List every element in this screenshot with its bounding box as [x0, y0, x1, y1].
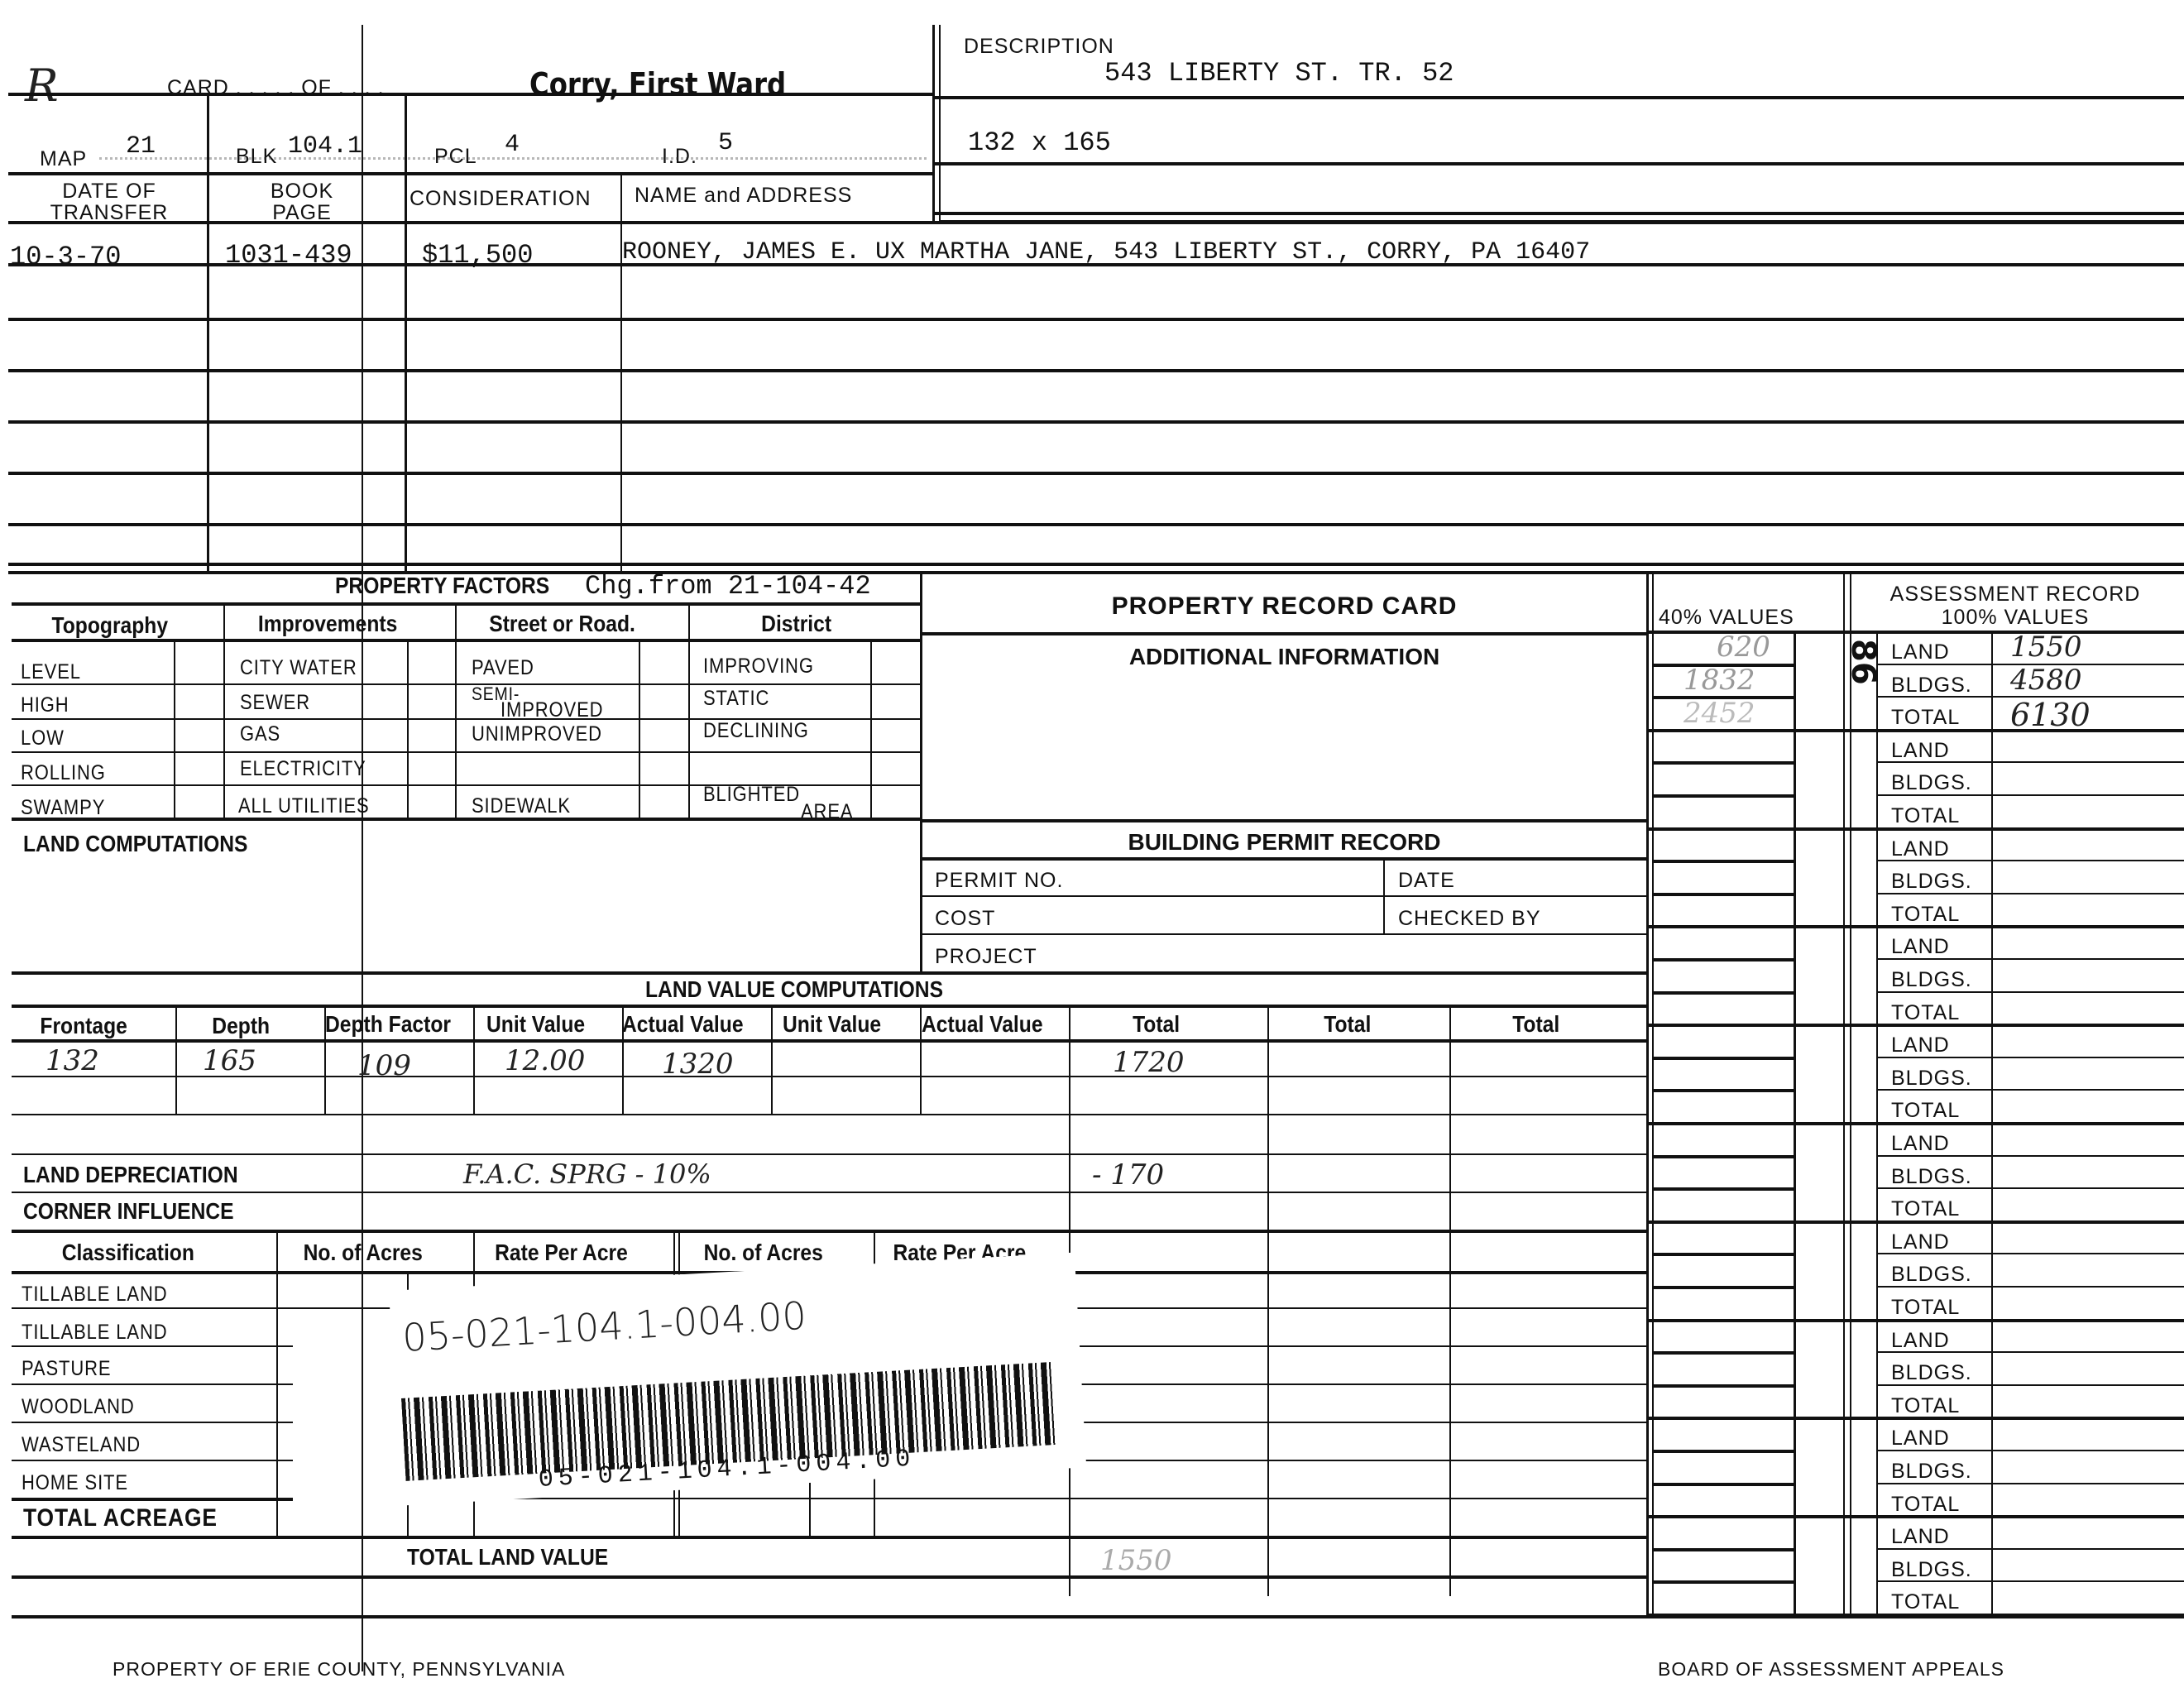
assessment-land-label: LAND [1891, 1132, 1950, 1156]
transfer-name-address: ROONEY, JAMES E. UX MARTHA JANE, 543 LIB… [622, 238, 1590, 266]
assessment-land-label: LAND [1891, 1329, 1950, 1353]
assessment-bldgs-value: 4580 [2010, 664, 2082, 697]
col-total-1: Total [1069, 1011, 1243, 1038]
fold-line [362, 25, 363, 1671]
col-divider [1850, 571, 1851, 1615]
transfer-row [8, 420, 2184, 424]
topography-rolling[interactable]: ROLLING [21, 761, 106, 785]
acreage-wasteland: WASTELAND [22, 1433, 141, 1457]
topography-swampy[interactable]: SWAMPY [21, 796, 105, 820]
assessment-bldgs-label: BLDGS. [1891, 1067, 1972, 1091]
assessment-row-rule [1876, 1450, 2184, 1451]
values-40-row-rule [1652, 1057, 1794, 1060]
values-40-row-rule [1652, 1483, 1794, 1486]
col-rate-per-acre: Rate Per Acre [473, 1240, 649, 1266]
acreage-tillable-land-2: TILLABLE LAND [22, 1321, 168, 1345]
values-40-row-rule [1652, 1417, 1794, 1420]
land-computations-title: LAND COMPUTATIONS [23, 831, 247, 857]
col-improvements: Improvements [225, 611, 430, 637]
assessment-bldgs-label: BLDGS. [1891, 1361, 1972, 1385]
col-divider [324, 1005, 326, 1114]
permit-project-label: PROJECT [935, 945, 1037, 969]
values-40-row-rule [1652, 729, 1794, 732]
col-total-3: Total [1449, 1011, 1622, 1038]
assessment-land-label: LAND [1891, 739, 1950, 763]
rule [12, 751, 922, 753]
assessment-row-rule [1876, 1483, 2184, 1484]
values-40-title: 40% VALUES [1659, 606, 1794, 630]
col-district: District [691, 611, 902, 637]
property-record-card-title: PROPERTY RECORD CARD [922, 592, 1646, 621]
rule [920, 632, 1648, 635]
improvement-gas[interactable]: GAS [240, 722, 280, 746]
rule [920, 819, 1648, 822]
col-divider [1267, 1005, 1269, 1596]
values-40-row-rule [1652, 1351, 1794, 1355]
permit-checked-by-label: CHECKED BY [1398, 907, 1541, 931]
rule [932, 162, 2184, 165]
corner-influence-label: CORNER INFLUENCE [23, 1198, 234, 1225]
transfer-row [8, 318, 2184, 321]
topography-high[interactable]: HIGH [21, 693, 69, 717]
rule [1646, 631, 2184, 634]
col-divider [920, 571, 922, 972]
values-40-row-rule [1652, 1122, 1794, 1125]
col-divider [1646, 571, 1649, 1615]
map-value: 21 [126, 132, 156, 161]
rule [1069, 1422, 1648, 1423]
col-divider [920, 1005, 922, 1114]
rule [12, 1307, 392, 1309]
assessment-total-label: TOTAL [1891, 1394, 1960, 1418]
col-consideration: CONSIDERATION [409, 187, 591, 211]
rule [1069, 1460, 1648, 1461]
assessment-bldgs-label: BLDGS. [1891, 968, 1972, 992]
col-no-of-acres-2: No. of Acres [677, 1240, 850, 1266]
transfer-bottom [8, 563, 2184, 566]
assessment-bldgs-label: BLDGS. [1891, 771, 1972, 795]
assessment-land-label: LAND [1891, 837, 1950, 861]
col-frontage: Frontage [12, 1013, 156, 1039]
transfer-row [8, 523, 2184, 526]
col-divider [622, 1005, 624, 1114]
description-box-left-inner [939, 25, 941, 223]
permit-date-label: DATE [1398, 869, 1455, 893]
assessment-row-rule [1876, 1351, 2184, 1353]
assessment-bldgs-label: BLDGS. [1891, 1165, 1972, 1189]
col-actual-value: Actual Value [622, 1011, 744, 1038]
description-label: DESCRIPTION [964, 35, 1114, 59]
additional-information-title: ADDITIONAL INFORMATION [922, 644, 1646, 670]
rule [12, 1005, 1648, 1008]
assessment-bldgs-label: BLDGS. [1891, 1460, 1972, 1484]
assessment-total-label: TOTAL [1891, 706, 1960, 730]
street-sidewalk[interactable]: SIDEWALK [472, 794, 571, 818]
assessment-bldgs-label: BLDGS. [1891, 1558, 1972, 1582]
values-40-row-rule [1652, 991, 1794, 995]
values-40-row-rule [1652, 860, 1794, 863]
rule [12, 1039, 1648, 1043]
assessment-land-label: LAND [1891, 1525, 1950, 1549]
assessment-total-label: TOTAL [1891, 1001, 1960, 1025]
assessment-row-rule [1876, 1286, 2184, 1288]
value-40-bldgs: 1832 [1683, 664, 1755, 697]
col-divider [639, 639, 640, 819]
rule [12, 639, 922, 642]
col-depth: Depth [175, 1013, 306, 1039]
col-total-2: Total [1267, 1011, 1428, 1038]
rule [12, 1536, 1648, 1539]
col-unit-value: Unit Value [486, 1011, 585, 1038]
rule [1069, 1307, 1648, 1309]
values-40-row-rule [1652, 1548, 1794, 1551]
col-divider [276, 1230, 278, 1536]
rule [12, 818, 922, 821]
col-divider [174, 639, 175, 819]
land-total-value: 1720 [1113, 1046, 1185, 1079]
values-40-row-rule [1652, 925, 1794, 928]
acreage-home-site: HOME SITE [22, 1471, 128, 1495]
assessment-total-label: TOTAL [1891, 1197, 1960, 1221]
col-street-road: Street or Road. [457, 611, 668, 637]
ward-title: Corry, First Ward [529, 66, 786, 103]
land-depreciation-total: - 170 [1092, 1158, 1164, 1192]
map-label: MAP [40, 147, 87, 171]
assessment-bldgs-label: BLDGS. [1891, 870, 1972, 894]
values-40-row-rule [1652, 827, 1794, 831]
assessment-total-label: TOTAL [1891, 1296, 1960, 1320]
assessment-bldgs-label: BLDGS. [1891, 674, 1972, 698]
assessment-total-label: TOTAL [1891, 804, 1960, 828]
col-divider [407, 639, 409, 819]
property-factors-note: Chg.from 21-104-42 [585, 571, 871, 602]
values-40-row-rule [1652, 1024, 1794, 1027]
depth-factor-value: 109 [357, 1049, 411, 1082]
rule [12, 1498, 293, 1501]
assessment-row-rule [1876, 1384, 2184, 1386]
values-40-row-rule [1652, 893, 1794, 896]
transfer-row [8, 472, 2184, 475]
col-divider [771, 1005, 773, 1114]
rule [8, 172, 935, 175]
rule [12, 1345, 293, 1347]
col-divider [870, 639, 872, 819]
col-divider [223, 602, 225, 819]
improvement-city-water[interactable]: CITY WATER [240, 656, 357, 680]
rule [920, 857, 1648, 861]
transfer-date: 10-3-70 [10, 242, 121, 272]
footer-left: PROPERTY OF ERIE COUNTY, PENNSYLVANIA [113, 1658, 565, 1681]
assessment-land-value: 1550 [2010, 631, 2082, 664]
values-40-row-rule [1652, 1580, 1794, 1584]
rule [1069, 1383, 1648, 1385]
topography-low[interactable]: LOW [21, 727, 65, 750]
assessment-row-rule [1876, 1580, 2184, 1582]
col-divider [207, 93, 209, 571]
values-40-row-rule [1652, 761, 1794, 765]
values-40-row-rule [1652, 1319, 1794, 1322]
values-40-row-rule [1652, 696, 1794, 699]
permit-cost-label: COST [935, 907, 995, 931]
assessment-row-rule [1876, 1548, 2184, 1550]
rule [12, 1383, 293, 1385]
rule [1069, 1345, 1648, 1347]
total-acreage-label: TOTAL ACREAGE [23, 1504, 218, 1532]
improvement-electricity[interactable]: ELECTRICITY [240, 757, 366, 781]
col-no-of-acres: No. of Acres [276, 1240, 449, 1266]
rule [505, 1498, 1648, 1499]
values-40-row-rule [1652, 1515, 1794, 1518]
rule [12, 683, 922, 685]
land-depreciation-label: LAND DEPRECIATION [23, 1162, 238, 1188]
assessment-title-line2: 100% VALUES [1942, 606, 2090, 629]
assessment-title: ASSESSMENT RECORD100% VALUES [1850, 583, 2181, 629]
building-permit-title: BUILDING PERMIT RECORD [922, 829, 1646, 856]
col-divider [1843, 571, 1845, 1615]
street-paved[interactable]: PAVED [472, 656, 534, 680]
col-divider [473, 1005, 475, 1114]
col-divider [405, 93, 407, 571]
col-divider [1652, 571, 1654, 1615]
total-land-value-amount: 1550 [1100, 1544, 1172, 1577]
col-depth-factor: Depth Factor [325, 1011, 451, 1038]
transfer-row [8, 369, 2184, 372]
values-40-row-rule [1652, 664, 1794, 667]
rule [8, 93, 935, 96]
district-declining[interactable]: DECLINING [703, 719, 809, 743]
values-40-row-rule [1652, 1384, 1794, 1388]
rule [12, 1230, 1648, 1233]
rule [12, 1575, 1648, 1579]
rule [12, 1422, 293, 1423]
assessment-total-label: TOTAL [1891, 1590, 1960, 1614]
assessment-land-label: LAND [1891, 935, 1950, 959]
rule [12, 1460, 293, 1461]
assessment-land-label: LAND [1891, 1033, 1950, 1057]
acreage-tillable-land-1: TILLABLE LAND [22, 1283, 168, 1307]
total-land-value-label: TOTAL LAND VALUE [407, 1544, 608, 1571]
assessment-row-rule [1876, 958, 2184, 960]
assessment-land-label: LAND [1891, 640, 1950, 664]
assessment-row-rule [1876, 1057, 2184, 1058]
values-40-row-rule [1652, 1253, 1794, 1256]
rule [12, 971, 1648, 975]
col-date-of-transfer: DATE OFTRANSFER [12, 180, 207, 223]
rule [12, 602, 922, 606]
col-name-address: NAME and ADDRESS [635, 184, 852, 208]
value-40-total: 2452 [1683, 697, 1755, 730]
description-box-left [932, 25, 935, 223]
col-topography: Topography [12, 612, 208, 639]
assessment-land-label: LAND [1891, 1427, 1950, 1451]
handwritten-mark: R [25, 60, 59, 112]
rule [12, 1192, 1648, 1193]
assessment-bldgs-label: BLDGS. [1891, 1263, 1972, 1287]
values-40-row-rule [1652, 1286, 1794, 1289]
col-divider [175, 1005, 177, 1114]
assessment-row-rule [1876, 761, 2184, 763]
id-value: 5 [718, 129, 733, 157]
rule [932, 96, 2184, 99]
values-40-row-rule [1652, 1089, 1794, 1092]
assessment-row-rule [1876, 893, 2184, 894]
col-date-line1: DATE OF [62, 180, 156, 203]
frontage-value: 132 [45, 1044, 99, 1077]
values-40-row-rule [1652, 1187, 1794, 1191]
col-classification: Classification [12, 1240, 245, 1266]
card-of-label: CARD . . . . . OF . . . . [167, 76, 385, 100]
values-40-row-rule [1652, 1220, 1794, 1224]
assessment-row-rule [1876, 1253, 2184, 1254]
assessment-total-value: 6130 [2010, 697, 2091, 733]
assessment-row-rule [1876, 991, 2184, 993]
assessment-total-label: TOTAL [1891, 1099, 1960, 1123]
district-blighted[interactable]: BLIGHTED [703, 783, 800, 807]
district-static[interactable]: STATIC [703, 687, 769, 711]
assessment-total-label: TOTAL [1891, 1493, 1960, 1517]
rule [12, 1153, 1648, 1155]
description-line1: 543 LIBERTY ST. TR. 52 [1104, 58, 1454, 89]
rule [12, 1114, 1648, 1115]
improvement-sewer[interactable]: SEWER [240, 691, 310, 715]
acreage-pasture: PASTURE [22, 1357, 111, 1381]
rule [8, 221, 2184, 224]
acreage-woodland: WOODLAND [22, 1395, 135, 1419]
footer-right: BOARD OF ASSESSMENT APPEALS [1658, 1658, 2004, 1681]
col-divider [455, 602, 457, 819]
property-factors-title: PROPERTY FACTORS [335, 573, 549, 599]
assessment-land-label: LAND [1891, 1230, 1950, 1254]
assessment-row-rule [1876, 1155, 2184, 1157]
dotted-leader [99, 157, 927, 160]
value-40-land: 620 [1717, 631, 1770, 664]
depth-value: 165 [203, 1044, 256, 1077]
district-improving[interactable]: IMPROVING [703, 655, 814, 679]
assessment-title-line1: ASSESSMENT RECORD [1890, 583, 2141, 606]
col-divider [1449, 1005, 1451, 1596]
assessment-row-rule [1876, 1187, 2184, 1189]
improvement-all-utilities[interactable]: ALL UTILITIES [238, 794, 370, 818]
land-value-computations-title: LAND VALUE COMPUTATIONS [645, 976, 943, 1003]
assessment-row-rule [1876, 860, 2184, 861]
street-unimproved[interactable]: UNIMPROVED [472, 722, 602, 746]
assessment-row-rule [1876, 794, 2184, 796]
street-improved[interactable]: IMPROVED [500, 698, 603, 722]
values-40-row-rule [1652, 1155, 1794, 1158]
assessment-total-label: TOTAL [1891, 903, 1960, 927]
pcl-value: 4 [505, 131, 520, 159]
rule [12, 1076, 1648, 1077]
district-area[interactable]: AREA [801, 800, 853, 824]
col-unit-value-2: Unit Value [783, 1011, 881, 1038]
blk-value: 104.1 [288, 132, 362, 161]
col-book-line1: BOOK [271, 180, 333, 203]
col-actual-value-2: Actual Value [922, 1011, 1043, 1038]
values-40-row-rule [1652, 794, 1794, 798]
topography-level[interactable]: LEVEL [21, 660, 81, 684]
col-divider [688, 602, 690, 819]
land-depreciation-note: F.A.C. SPRG - 10% [463, 1158, 711, 1190]
col-book-page: BOOKPAGE [207, 180, 397, 223]
rule [920, 933, 1648, 935]
unit-value-value: 12.00 [505, 1044, 585, 1077]
description-line2: 132 x 165 [968, 127, 1111, 158]
permit-no-label: PERMIT NO. [935, 869, 1063, 893]
transfer-row [8, 263, 2184, 266]
rule [920, 895, 1648, 897]
rule [932, 212, 2184, 215]
rule [12, 1615, 2184, 1618]
values-40-row-rule [1652, 1450, 1794, 1453]
assessment-row-rule [1876, 1089, 2184, 1091]
values-40-row-rule [1652, 958, 1794, 961]
